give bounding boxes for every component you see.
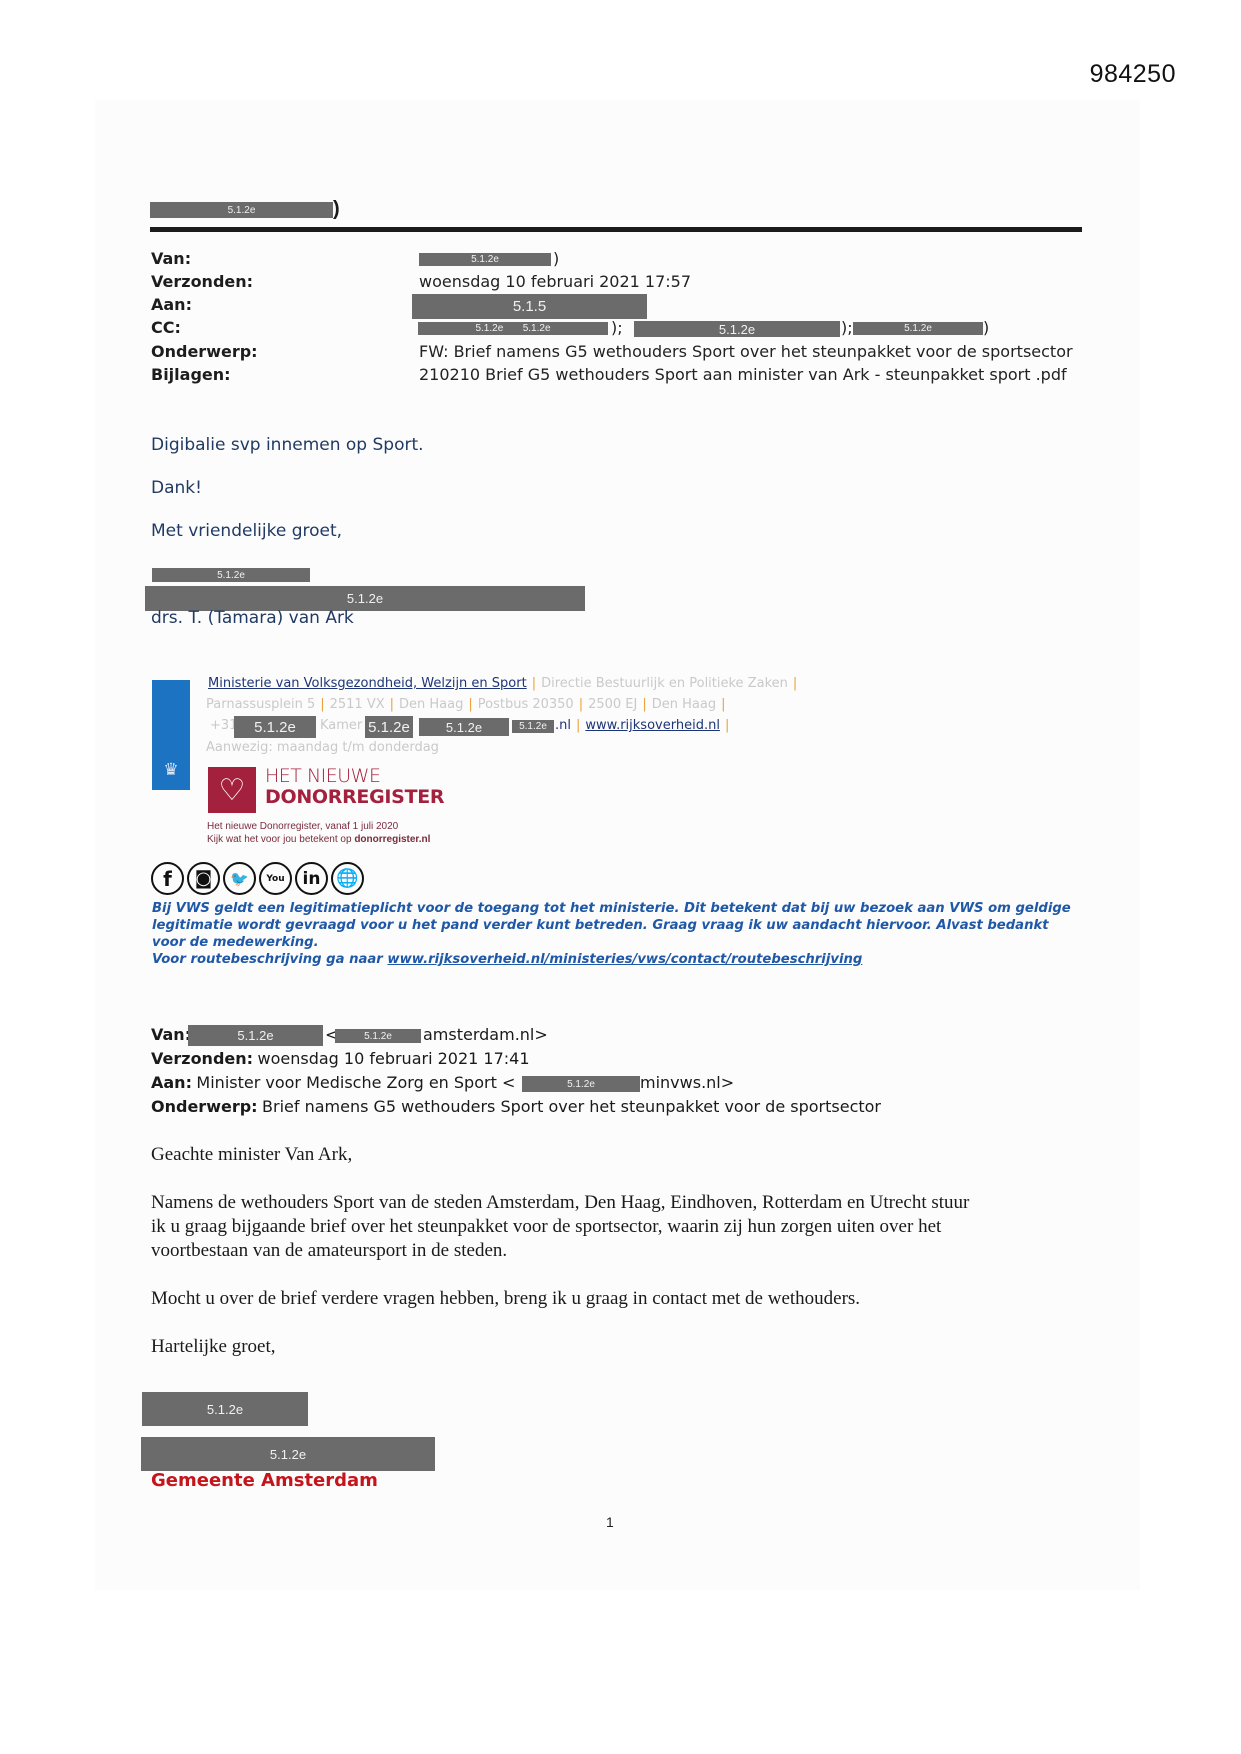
redacted-van: 5.1.2e (419, 253, 551, 266)
label-verzonden: Verzonden: (151, 272, 253, 291)
redacted-email-2: 5.1.2e (512, 720, 554, 733)
forward-line-3: Met vriendelijke groet, (151, 521, 342, 541)
title-suffix: ) (333, 198, 340, 221)
attachment-name[interactable]: 210210 Brief G5 wethouders Sport aan min… (419, 365, 1067, 384)
crest-icon: ♛ (159, 760, 183, 780)
label-cc: CC: (151, 318, 181, 337)
organisation: Gemeente Amsterdam (151, 1470, 378, 1491)
paragraph-1-line-3: voortbestaan van de amateursport in de s… (151, 1239, 507, 1263)
presence: Aanwezig: maandag t/m donderdag (206, 740, 439, 755)
redacted-inner-van-email: 5.1.2e (335, 1029, 421, 1043)
ministry-link[interactable]: Ministerie van Volksgezondheid, Welzijn … (208, 676, 527, 691)
inner-label-van: Van: (151, 1025, 191, 1044)
salutation: Geachte minister Van Ark, (151, 1143, 352, 1167)
globe-icon[interactable]: 🌐 (331, 862, 364, 895)
instagram-icon[interactable]: ◙ (187, 862, 220, 895)
redacted-kamer: 5.1.2e (365, 716, 413, 738)
page-number: 1 (606, 1514, 614, 1530)
facebook-icon[interactable]: f (151, 862, 184, 895)
cc-separator-1: ); (611, 318, 623, 337)
donor-line-2: Kijk wat het voor jou betekent op donorr… (207, 834, 430, 845)
email-suffix: .nl|www.rijksoverheid.nl| (555, 718, 734, 733)
cc-separator-2: ); (841, 318, 853, 337)
inner-aan-domain: minvws.nl> (640, 1073, 734, 1092)
label-van: Van: (151, 249, 191, 268)
label-aan: Aan: (151, 295, 192, 314)
youtube-icon[interactable]: You (259, 862, 292, 895)
inner-van-domain: amsterdam.nl> (423, 1025, 548, 1044)
directie: Directie Bestuurlijk en Politieke Zaken (541, 676, 788, 691)
redacted-signature-1: 5.1.2e (152, 568, 310, 582)
linkedin-icon[interactable]: in (295, 862, 328, 895)
redacted-inner-van: 5.1.2e (188, 1025, 323, 1046)
van-suffix: ) (553, 249, 559, 268)
redacted-cc-1: 5.1.2e 5.1.2e (418, 322, 608, 335)
closing: Hartelijke groet, (151, 1335, 276, 1359)
forward-line-1: Digibalie svp innemen op Sport. (151, 435, 424, 455)
social-icons: f ◙ 🐦 You in 🌐 (151, 862, 364, 895)
id-notice: Bij VWS geldt een legitimatieplicht voor… (152, 900, 1082, 968)
redacted-cc-3: 5.1.2e (853, 322, 983, 335)
verzonden-value: woensdag 10 februari 2021 17:57 (419, 272, 691, 291)
inner-verzonden: Verzonden: woensdag 10 februari 2021 17:… (151, 1049, 530, 1069)
donor-link[interactable]: donorregister.nl (354, 834, 430, 845)
paragraph-1-line-1: Namens de wethouders Sport van de steden… (151, 1191, 969, 1215)
redacted-email-1: 5.1.2e (419, 718, 509, 736)
onderwerp-value: FW: Brief namens G5 wethouders Sport ove… (419, 342, 1073, 361)
cc-separator-3: ) (983, 318, 989, 337)
donor-title-1: HET NIEUWE (265, 765, 380, 787)
forward-line-2: Dank! (151, 478, 202, 498)
inner-onderwerp: Onderwerp: Brief namens G5 wethouders Sp… (151, 1097, 881, 1117)
redacted-title: 5.1.2e (150, 202, 333, 218)
ministry-line: Ministerie van Volksgezondheid, Welzijn … (208, 676, 802, 691)
inner-aan: Aan: Minister voor Medische Zorg en Spor… (151, 1073, 515, 1093)
route-link[interactable]: www.rijksoverheid.nl/ministeries/vws/con… (387, 952, 862, 967)
twitter-icon[interactable]: 🐦 (223, 862, 256, 895)
website-link[interactable]: www.rijksoverheid.nl (585, 718, 720, 733)
donor-heart-icon: ♡ (208, 767, 256, 813)
redacted-sender-2: 5.1.2e (141, 1437, 435, 1471)
redacted-phone: 5.1.2e (234, 716, 316, 738)
redacted-sender-1: 5.1.2e (142, 1392, 308, 1426)
signature-name: drs. T. (Tamara) van Ark (151, 608, 354, 628)
label-bijlagen: Bijlagen: (151, 365, 231, 384)
paragraph-1-line-2: ik u graag bijgaande brief over het steu… (151, 1215, 941, 1239)
label-onderwerp: Onderwerp: (151, 342, 258, 361)
kamer-prefix: Kamer (320, 718, 362, 733)
vws-logo: ♛ (152, 680, 190, 790)
donor-title-2: DONORREGISTER (265, 786, 444, 808)
redacted-inner-aan: 5.1.2e (522, 1076, 640, 1092)
paragraph-2: Mocht u over de brief verdere vragen heb… (151, 1287, 860, 1311)
redacted-cc-2: 5.1.2e (634, 321, 840, 337)
address-line: Parnassusplein 5|2511 VX|Den Haag|Postbu… (206, 697, 730, 712)
redacted-aan: 5.1.5 (412, 294, 647, 319)
donor-line-1: Het nieuwe Donorregister, vanaf 1 juli 2… (207, 821, 398, 832)
title-rule (150, 227, 1082, 232)
document-number: 984250 (1090, 60, 1176, 89)
